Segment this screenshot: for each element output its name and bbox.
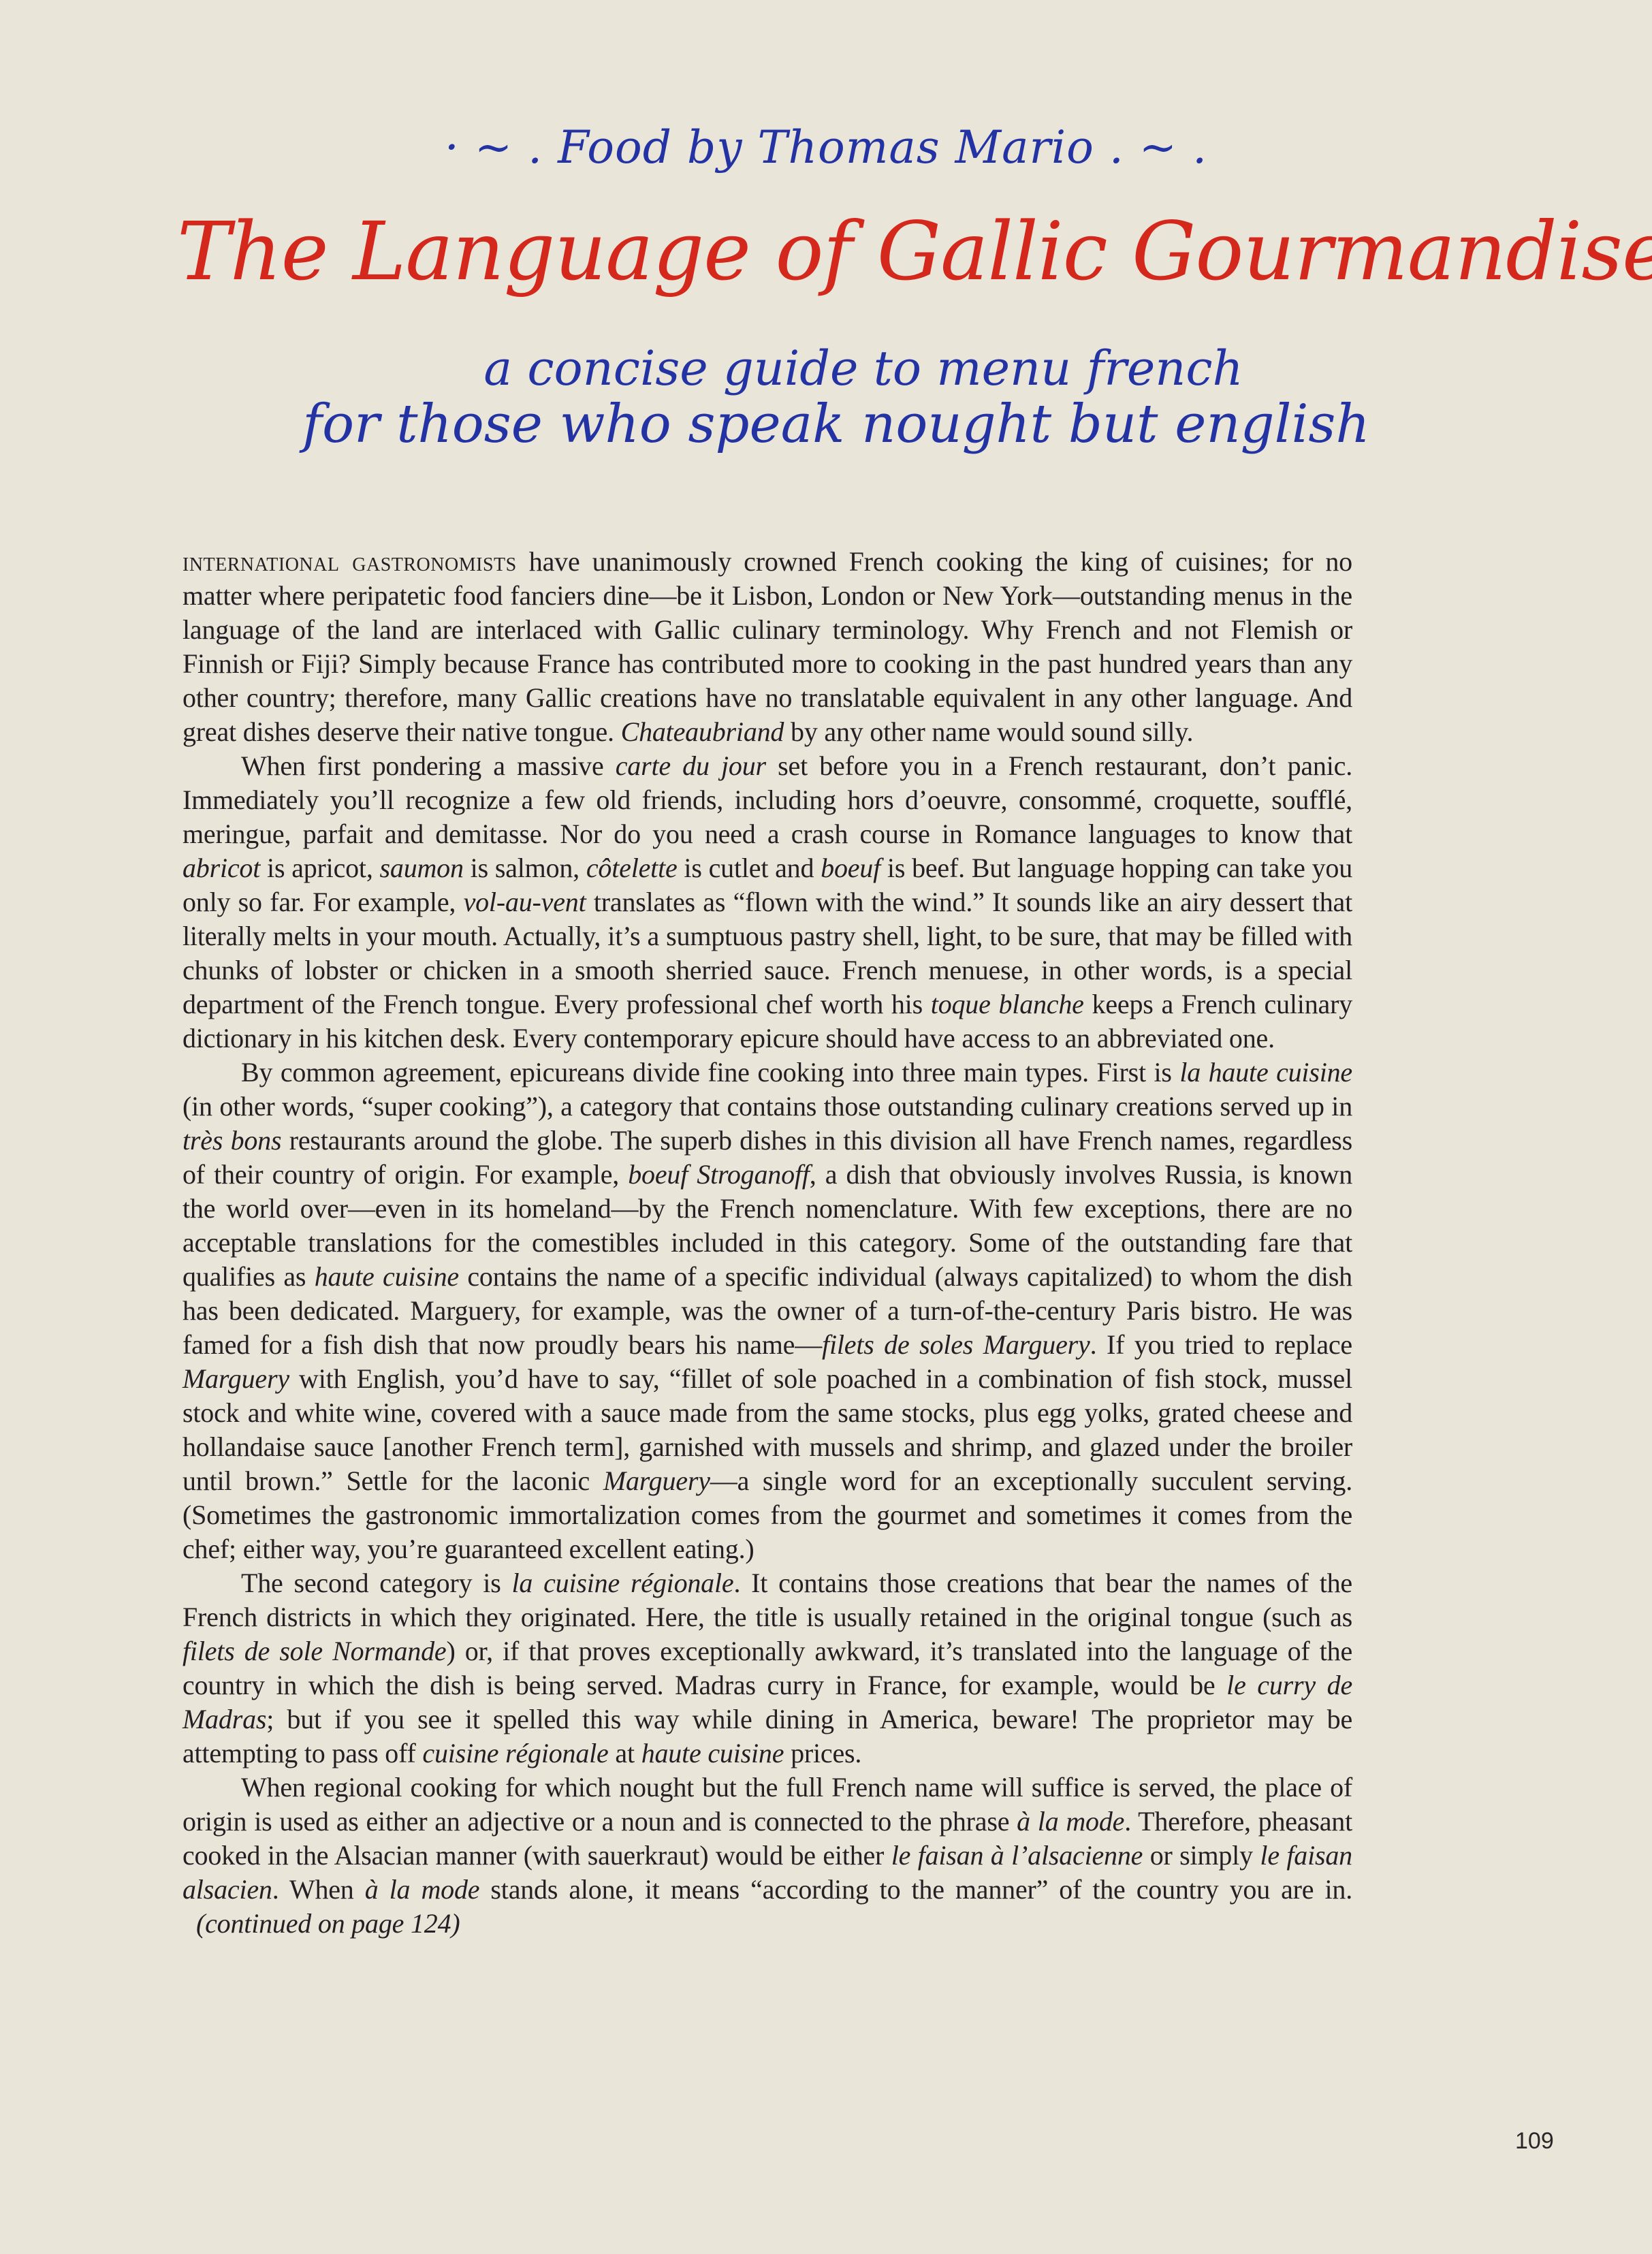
italic-term: boeuf bbox=[821, 853, 880, 883]
text-run: When first pondering a massive bbox=[241, 750, 616, 781]
italic-term: Marguery bbox=[182, 1363, 289, 1394]
text-run: stands alone, it means “according to the… bbox=[479, 1874, 1352, 1905]
italic-term: Marguery bbox=[603, 1465, 710, 1496]
text-run: The second category is bbox=[241, 1568, 512, 1598]
article-body: International gastronomists have unanimo… bbox=[182, 545, 1352, 1941]
italic-term: vol-au-vent bbox=[464, 887, 586, 917]
italic-term: filets de soles Marguery bbox=[822, 1329, 1090, 1360]
article-paragraph: International gastronomists have unanimo… bbox=[182, 545, 1352, 749]
text-run: is cutlet and bbox=[678, 853, 821, 883]
italic-term: le faisan à l’alsacienne bbox=[891, 1840, 1143, 1871]
italic-term: abricot bbox=[182, 853, 260, 883]
text-run: is salmon, bbox=[464, 853, 586, 883]
italic-term: très bons bbox=[182, 1125, 281, 1156]
text-run: (in other words, “super cooking”), a cat… bbox=[182, 1091, 1352, 1122]
text-run: . If you tried to replace bbox=[1090, 1329, 1352, 1360]
subtitle-line-2: for those who speak nought but english bbox=[0, 396, 1652, 452]
italic-term: à la mode bbox=[1017, 1806, 1124, 1837]
text-run: . When bbox=[272, 1874, 365, 1905]
italic-term: cuisine régionale bbox=[422, 1738, 608, 1768]
article-paragraph: The second category is la cuisine région… bbox=[182, 1566, 1352, 1771]
byline: · ~ . Food by Thomas Mario . ~ . bbox=[0, 121, 1652, 174]
italic-term: la cuisine régionale bbox=[512, 1568, 734, 1598]
article-subtitle: a concise guide to menu french for those… bbox=[0, 340, 1652, 452]
italic-term: filets de sole Normande bbox=[182, 1636, 446, 1666]
continued-note: (continued on page 124) bbox=[196, 1908, 460, 1939]
article-paragraph: By common agreement, epicureans divide f… bbox=[182, 1055, 1352, 1566]
text-run: prices. bbox=[784, 1738, 861, 1768]
text-run: or simply bbox=[1143, 1840, 1260, 1871]
subtitle-line-1: a concise guide to menu french bbox=[0, 340, 1652, 396]
italic-term: saumon bbox=[380, 853, 464, 883]
article-title: The Language of Gallic Gourmandise bbox=[177, 204, 1376, 298]
italic-term: toque blanche bbox=[931, 989, 1084, 1019]
italic-term: boeuf Stroganoff bbox=[628, 1159, 809, 1190]
lead-in: International gastronomists bbox=[182, 546, 517, 577]
article-paragraph: When regional cooking for which nought b… bbox=[182, 1771, 1352, 1941]
text-run: by any other name would sound silly. bbox=[784, 716, 1193, 747]
text-run: is apricot, bbox=[260, 853, 379, 883]
italic-term: côtelette bbox=[586, 853, 678, 883]
text-run: at bbox=[609, 1738, 641, 1768]
italic-term: haute cuisine bbox=[315, 1261, 459, 1292]
italic-term: carte du jour bbox=[616, 750, 766, 781]
page-number: 109 bbox=[1515, 2128, 1554, 2155]
italic-term: haute cuisine bbox=[641, 1738, 784, 1768]
article-paragraph: When first pondering a massive carte du … bbox=[182, 749, 1352, 1055]
italic-term: à la mode bbox=[365, 1874, 480, 1905]
italic-term: Chateaubriand bbox=[621, 716, 784, 747]
italic-term: la haute cuisine bbox=[1179, 1057, 1352, 1088]
text-run: By common agreement, epicureans divide f… bbox=[241, 1057, 1179, 1088]
